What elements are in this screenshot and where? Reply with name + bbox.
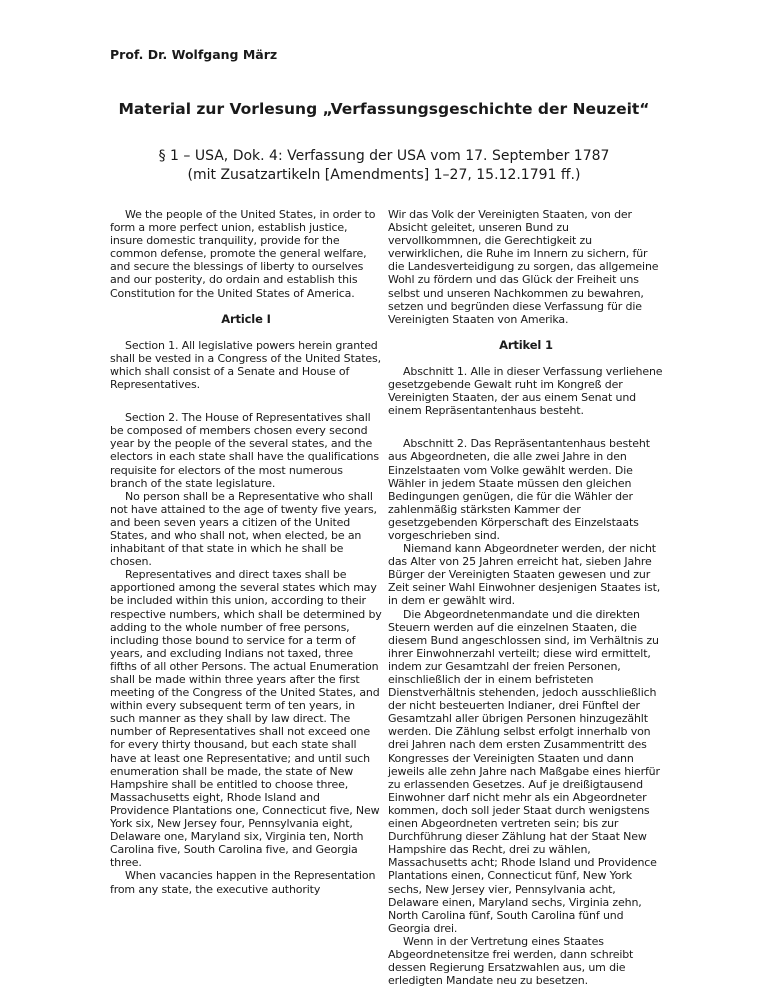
english-section-2-paragraph-3: Representatives and direct taxes shall b… — [110, 568, 382, 869]
subtitle-line-2: (mit Zusatzartikeln [Amendments] 1–27, 1… — [0, 166, 768, 185]
german-column: Wir das Volk der Vereinigten Staaten, vo… — [388, 208, 664, 987]
subtitle-line-1: § 1 – USA, Dok. 4: Verfassung der USA vo… — [0, 147, 768, 166]
english-preamble: We the people of the United States, in o… — [110, 208, 382, 300]
document-subtitle: § 1 – USA, Dok. 4: Verfassung der USA vo… — [0, 147, 768, 185]
author-name: Prof. Dr. Wolfgang März — [110, 47, 277, 62]
english-section-2-paragraph-4: When vacancies happen in the Representat… — [110, 869, 382, 895]
german-section-1: Abschnitt 1. Alle in dieser Verfassung v… — [388, 365, 664, 417]
german-article-heading: Artikel 1 — [388, 339, 664, 352]
english-section-1: Section 1. All legislative powers herein… — [110, 339, 382, 391]
english-column: We the people of the United States, in o… — [110, 208, 382, 896]
english-section-2-paragraph-1: Section 2. The House of Representatives … — [110, 411, 382, 490]
english-section-2-paragraph-2: No person shall be a Representative who … — [110, 490, 382, 569]
german-section-2-paragraph-3: Die Abgeordnetenmandate und die direkten… — [388, 608, 664, 935]
german-section-2-paragraph-1: Abschnitt 2. Das Repräsentantenhaus best… — [388, 437, 664, 542]
german-section-2-paragraph-2: Niemand kann Abgeordneter werden, der ni… — [388, 542, 664, 607]
english-article-heading: Article I — [110, 313, 382, 326]
german-section-2-paragraph-4: Wenn in der Vertretung eines Staates Abg… — [388, 935, 664, 987]
document-title: Material zur Vorlesung „Verfassungsgesch… — [0, 100, 768, 118]
german-preamble: Wir das Volk der Vereinigten Staaten, vo… — [388, 208, 664, 326]
